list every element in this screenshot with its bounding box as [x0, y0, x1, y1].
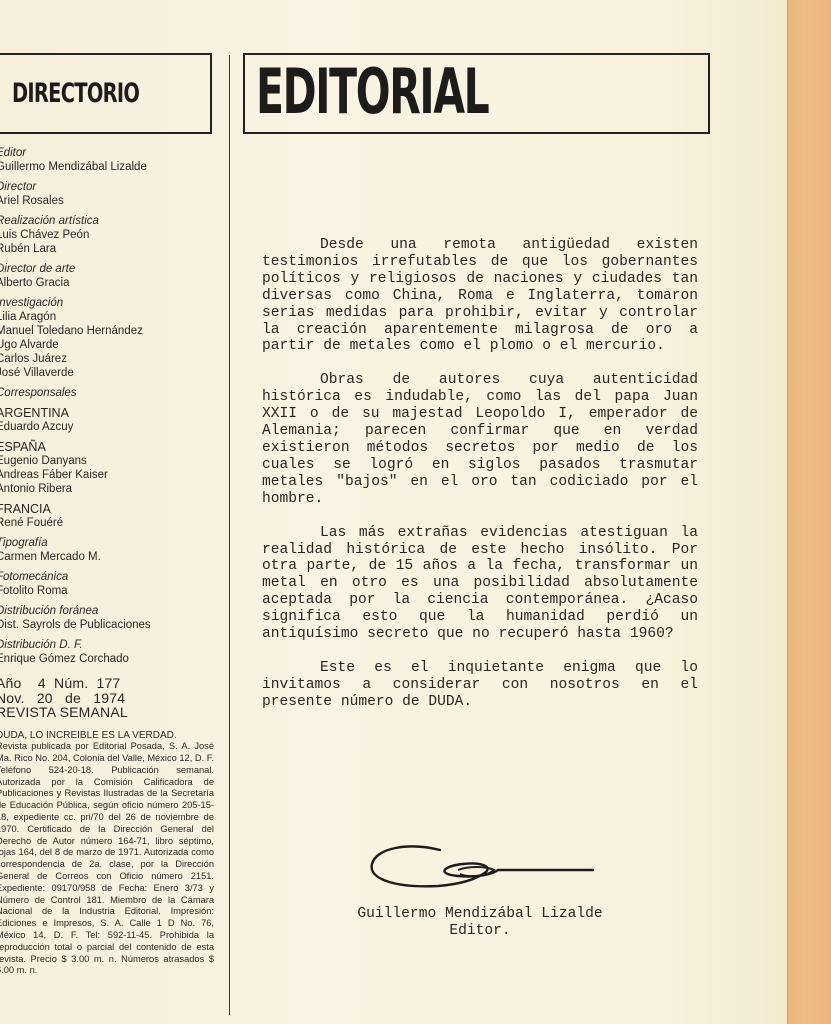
role-label: Tipografía	[0, 536, 224, 550]
staff-name: Alberto Gracia	[0, 276, 224, 290]
issue-info: Año 4 Núm. 177 Nov. 20 de 1974 REVISTA S…	[0, 676, 224, 720]
directory-staff-list: EditorGuillermo Mendizábal LizaldeDirect…	[0, 146, 224, 400]
publication-legal-text: Revista publicada por Editorial Posada, …	[0, 741, 214, 977]
directory-production-list: TipografíaCarmen Mercado M.FotomecánicaF…	[0, 536, 224, 666]
staff-name: Carmen Mercado M.	[0, 550, 224, 564]
signature-block: Guillermo Mendizábal Lizalde Editor.	[300, 906, 660, 940]
editorial-heading: EDITORIAL	[256, 57, 488, 127]
staff-name: Rubén Lara	[0, 242, 224, 256]
role-label: Distribución D. F.	[0, 638, 224, 652]
staff-name: Ugo Alvarde	[0, 338, 224, 352]
staff-name: Eduardo Azcuy	[0, 420, 224, 434]
directory-entry: Corresponsales	[0, 386, 224, 400]
editorial-paragraph: Este es el inquietante enigma que lo inv…	[262, 660, 698, 711]
legal-notice: DUDA, LO INCREIBLE ES LA VERDAD. Revista…	[0, 730, 214, 978]
directory-entry: Distribución D. F.Enrique Gómez Corchado	[0, 638, 224, 666]
directory-entry: DirectorAriel Rosales	[0, 180, 224, 208]
country-label: ESPAÑA	[0, 440, 224, 454]
role-label: Realización artística	[0, 214, 224, 228]
column-divider	[229, 55, 230, 1015]
directorio-heading: DIRECTORIO	[12, 78, 139, 109]
staff-name: Dist. Sayrols de Publicaciones	[0, 618, 224, 632]
staff-name: Andreas Fáber Kaiser	[0, 468, 224, 482]
signer-name: Guillermo Mendizábal Lizalde	[300, 906, 660, 923]
issue-date: Nov. 20 de 1974	[0, 691, 224, 706]
directory-entry: EditorGuillermo Mendizábal Lizalde	[0, 146, 224, 174]
role-label: Director de arte	[0, 262, 224, 276]
staff-name: Enrique Gómez Corchado	[0, 652, 224, 666]
directory-entry: TipografíaCarmen Mercado M.	[0, 536, 224, 564]
staff-name: José Villaverde	[0, 366, 224, 380]
role-label: Distribución foránea	[0, 604, 224, 618]
editorial-paragraph: Obras de autores cuya autenticidad histó…	[262, 372, 698, 507]
directory-entry: Distribución foráneaDist. Sayrols de Pub…	[0, 604, 224, 632]
country-label: FRANCIA	[0, 502, 224, 516]
handwritten-signature	[368, 840, 598, 895]
staff-name: Guillermo Mendizábal Lizalde	[0, 160, 224, 174]
staff-name: Ariel Rosales	[0, 194, 224, 208]
staff-name: Luis Chávez Peón	[0, 228, 224, 242]
directory-entry: Director de arteAlberto Gracia	[0, 262, 224, 290]
role-label: Corresponsales	[0, 386, 224, 400]
editorial-body: Desde una remota antigüedad existen test…	[262, 237, 698, 728]
magazine-tagline: DUDA, LO INCREIBLE ES LA VERDAD.	[0, 730, 214, 742]
role-label: Director	[0, 180, 224, 194]
staff-name: Eugenio Danyans	[0, 454, 224, 468]
directory-correspondents-list: ARGENTINAEduardo AzcuyESPAÑAEugenio Dany…	[0, 406, 224, 530]
issue-frequency: REVISTA SEMANAL	[0, 705, 224, 720]
issue-number: Año 4 Núm. 177	[0, 676, 224, 691]
editorial-paragraph: Desde una remota antigüedad existen test…	[262, 237, 698, 355]
staff-name: René Fouéré	[0, 516, 224, 530]
editorial-paragraph: Las más extrañas evidencias atestiguan l…	[262, 525, 698, 643]
directory-column: EditorGuillermo Mendizábal LizaldeDirect…	[0, 146, 224, 977]
staff-name: Manuel Toledano Hernández	[0, 324, 224, 338]
directory-entry: ESPAÑAEugenio DanyansAndreas Fáber Kaise…	[0, 440, 224, 496]
country-label: ARGENTINA	[0, 406, 224, 420]
staff-name: Lilia Aragón	[0, 310, 224, 324]
role-label: Fotomecánica	[0, 570, 224, 584]
directory-entry: FRANCIARené Fouéré	[0, 502, 224, 530]
directory-entry: ARGENTINAEduardo Azcuy	[0, 406, 224, 434]
staff-name: Antonio Ribera	[0, 482, 224, 496]
role-label: Editor	[0, 146, 224, 160]
role-label: Investigación	[0, 296, 224, 310]
directory-entry: Realización artísticaLuis Chávez PeónRub…	[0, 214, 224, 256]
directory-entry: FotomecánicaFotolito Roma	[0, 570, 224, 598]
staff-name: Carlos Juárez	[0, 352, 224, 366]
directory-entry: InvestigaciónLilia AragónManuel Toledano…	[0, 296, 224, 380]
staff-name: Fotolito Roma	[0, 584, 224, 598]
signer-title: Editor.	[300, 923, 660, 940]
next-page-edge	[787, 0, 831, 1024]
